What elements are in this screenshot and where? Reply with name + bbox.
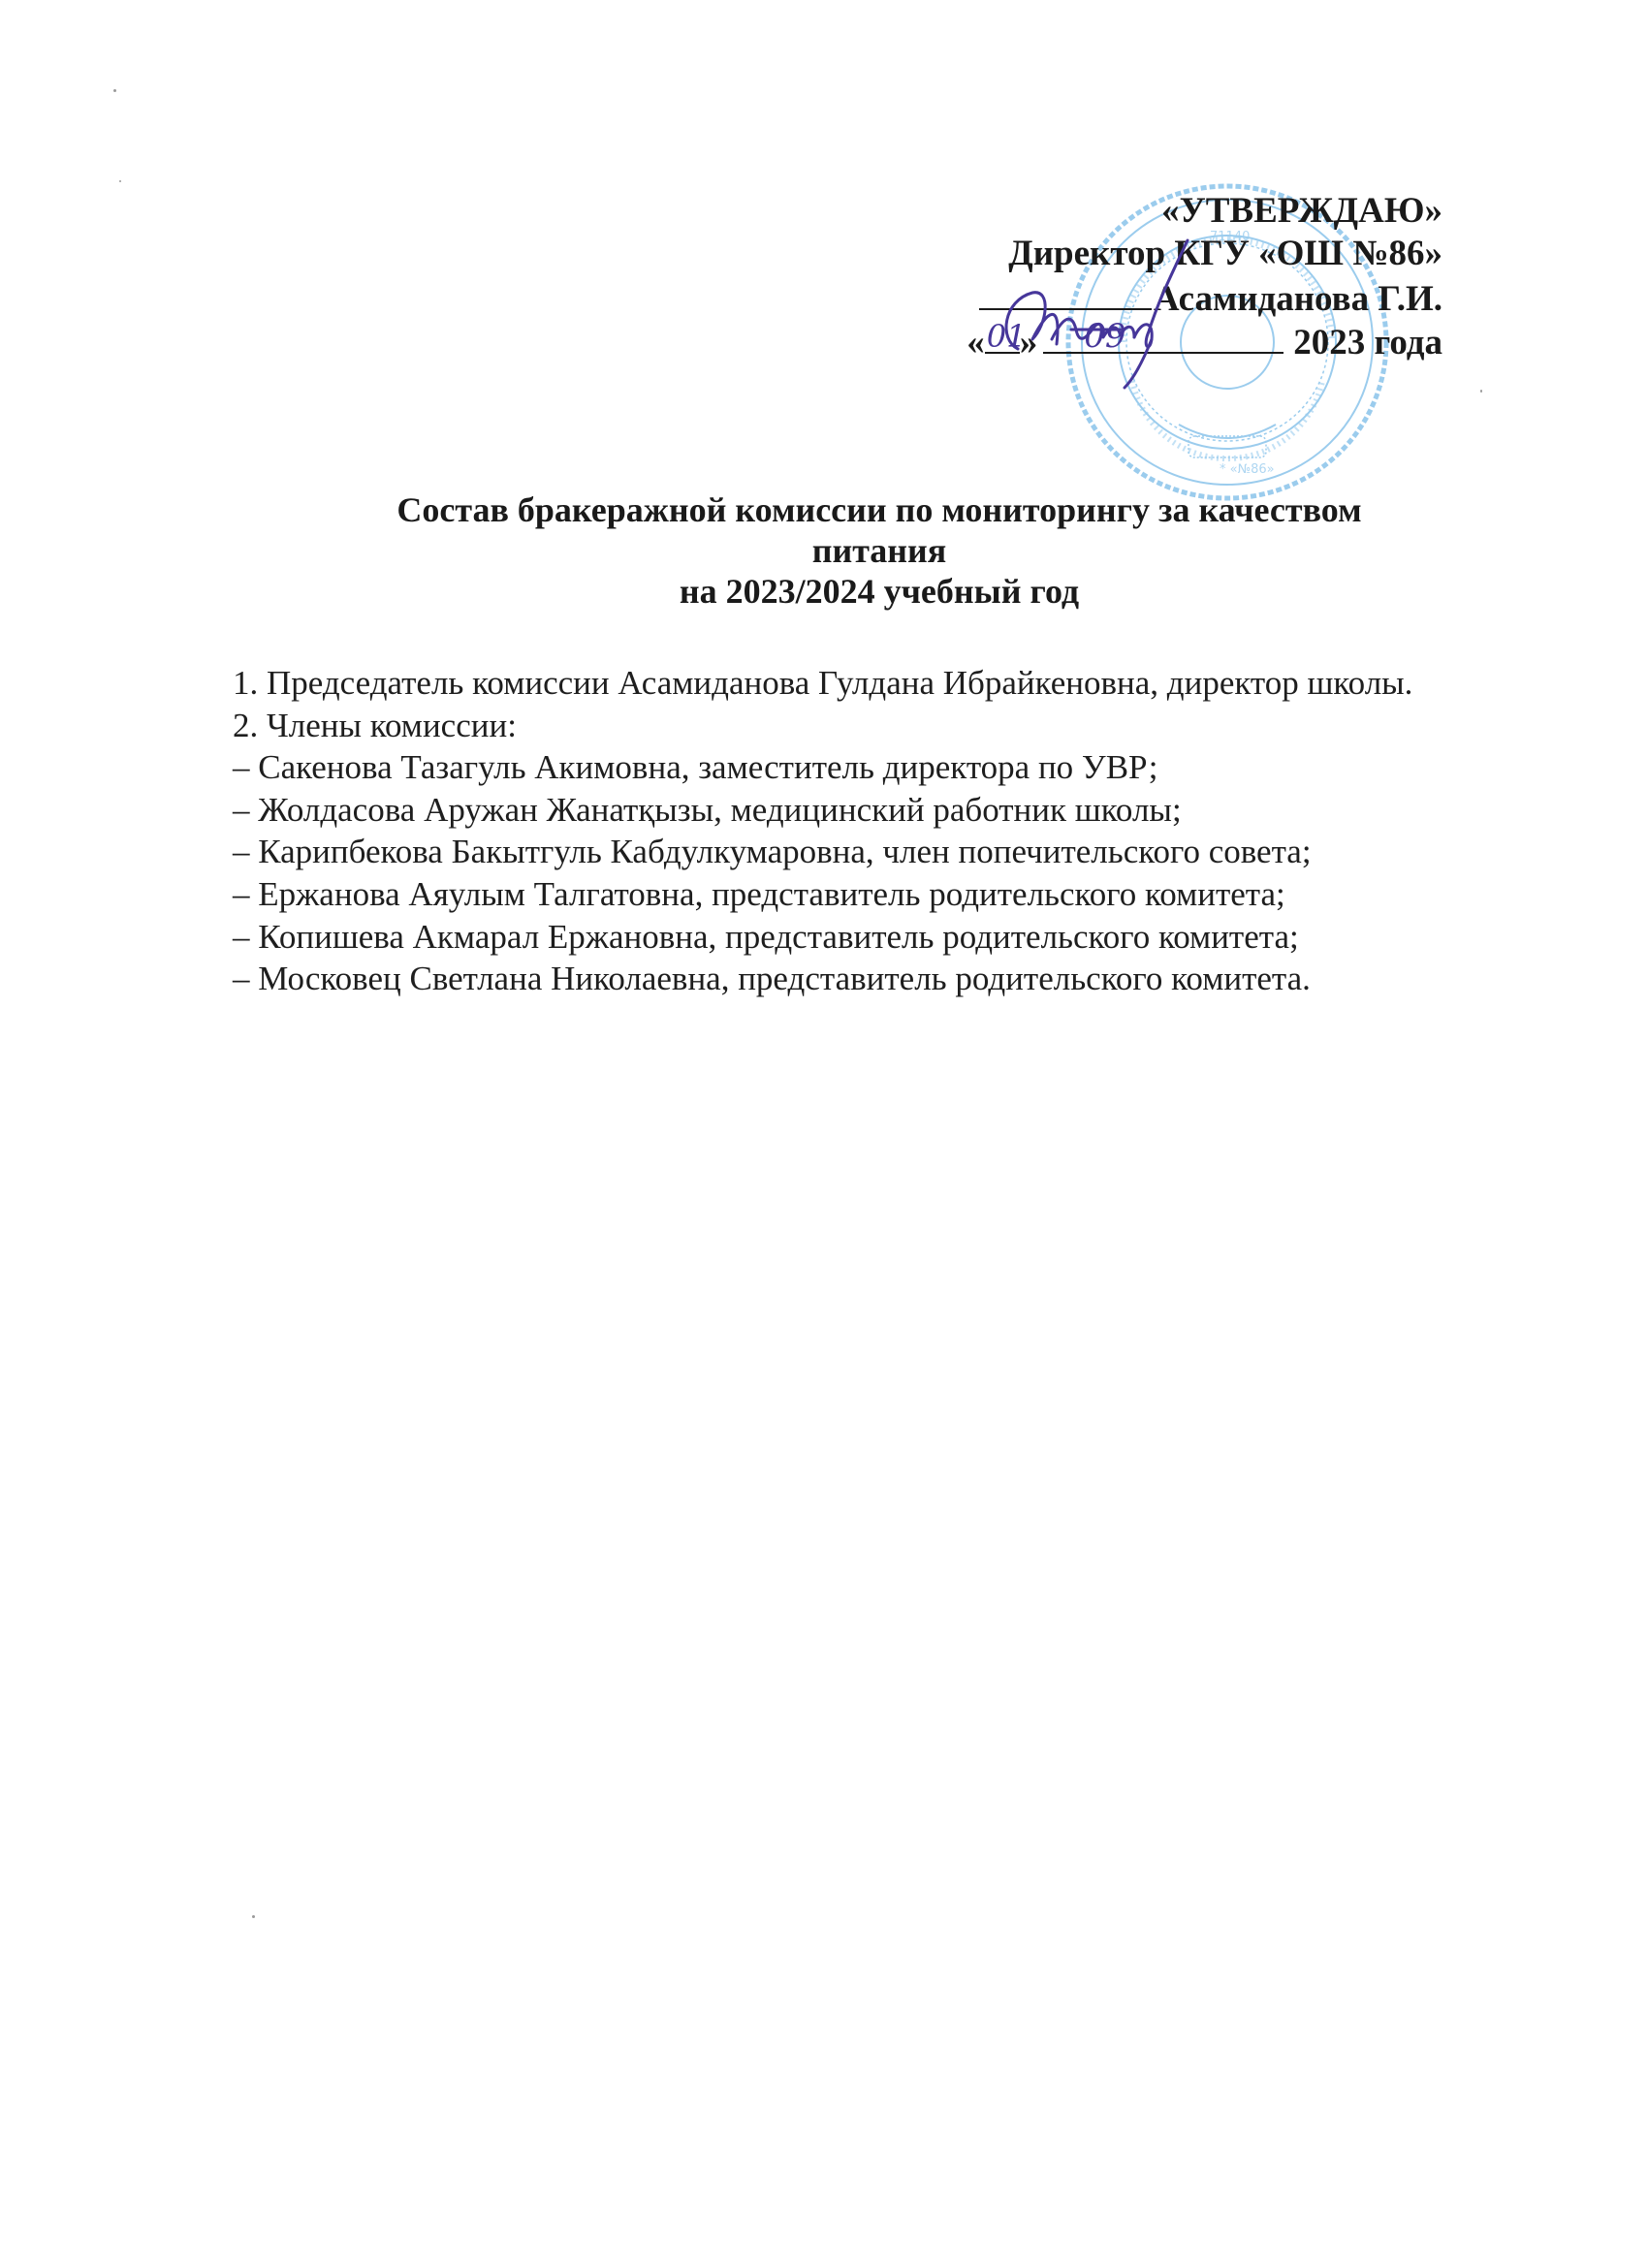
member-item: – Ержанова Аяулым Талгатовна, представит… (233, 873, 1444, 916)
member-item: – Московец Светлана Николаевна, представ… (233, 958, 1444, 1000)
member-item: – Жолдасова Аружан Жанатқызы, медицински… (233, 789, 1444, 832)
member-item: – Карипбекова Бакытгуль Кабдулкумаровна,… (233, 831, 1444, 873)
scan-speck (113, 89, 116, 92)
approval-year: 2023 года (1293, 323, 1442, 362)
member-item: – Копишева Акмарал Ержановна, представит… (233, 916, 1444, 959)
chairperson-paragraph: 1. Председатель комиссии Асамиданова Гул… (233, 662, 1444, 705)
document-page: 71140 * «№86» «УТВЕРЖДАЮ» Директор КГУ «… (0, 0, 1648, 2268)
scan-speck (119, 180, 121, 182)
members-heading: 2. Члены комиссии: (233, 705, 1444, 747)
title-line-1: Состав бракеражной комиссии по мониторин… (330, 489, 1429, 530)
document-title: Состав бракеражной комиссии по мониторин… (330, 489, 1429, 612)
document-body: 1. Председатель комиссии Асамиданова Гул… (233, 662, 1444, 1000)
title-line-3: на 2023/2024 учебный год (330, 571, 1429, 612)
svg-text:* «№86»: * «№86» (1220, 462, 1275, 477)
approval-heading: «УТВЕРЖДАЮ» (967, 190, 1442, 233)
scan-speck (1480, 390, 1482, 393)
scan-speck (252, 1915, 255, 1918)
title-line-2: питания (330, 530, 1429, 571)
handwritten-signature-icon (979, 233, 1212, 407)
member-item: – Сакенова Тазагуль Акимовна, заместител… (233, 746, 1444, 789)
